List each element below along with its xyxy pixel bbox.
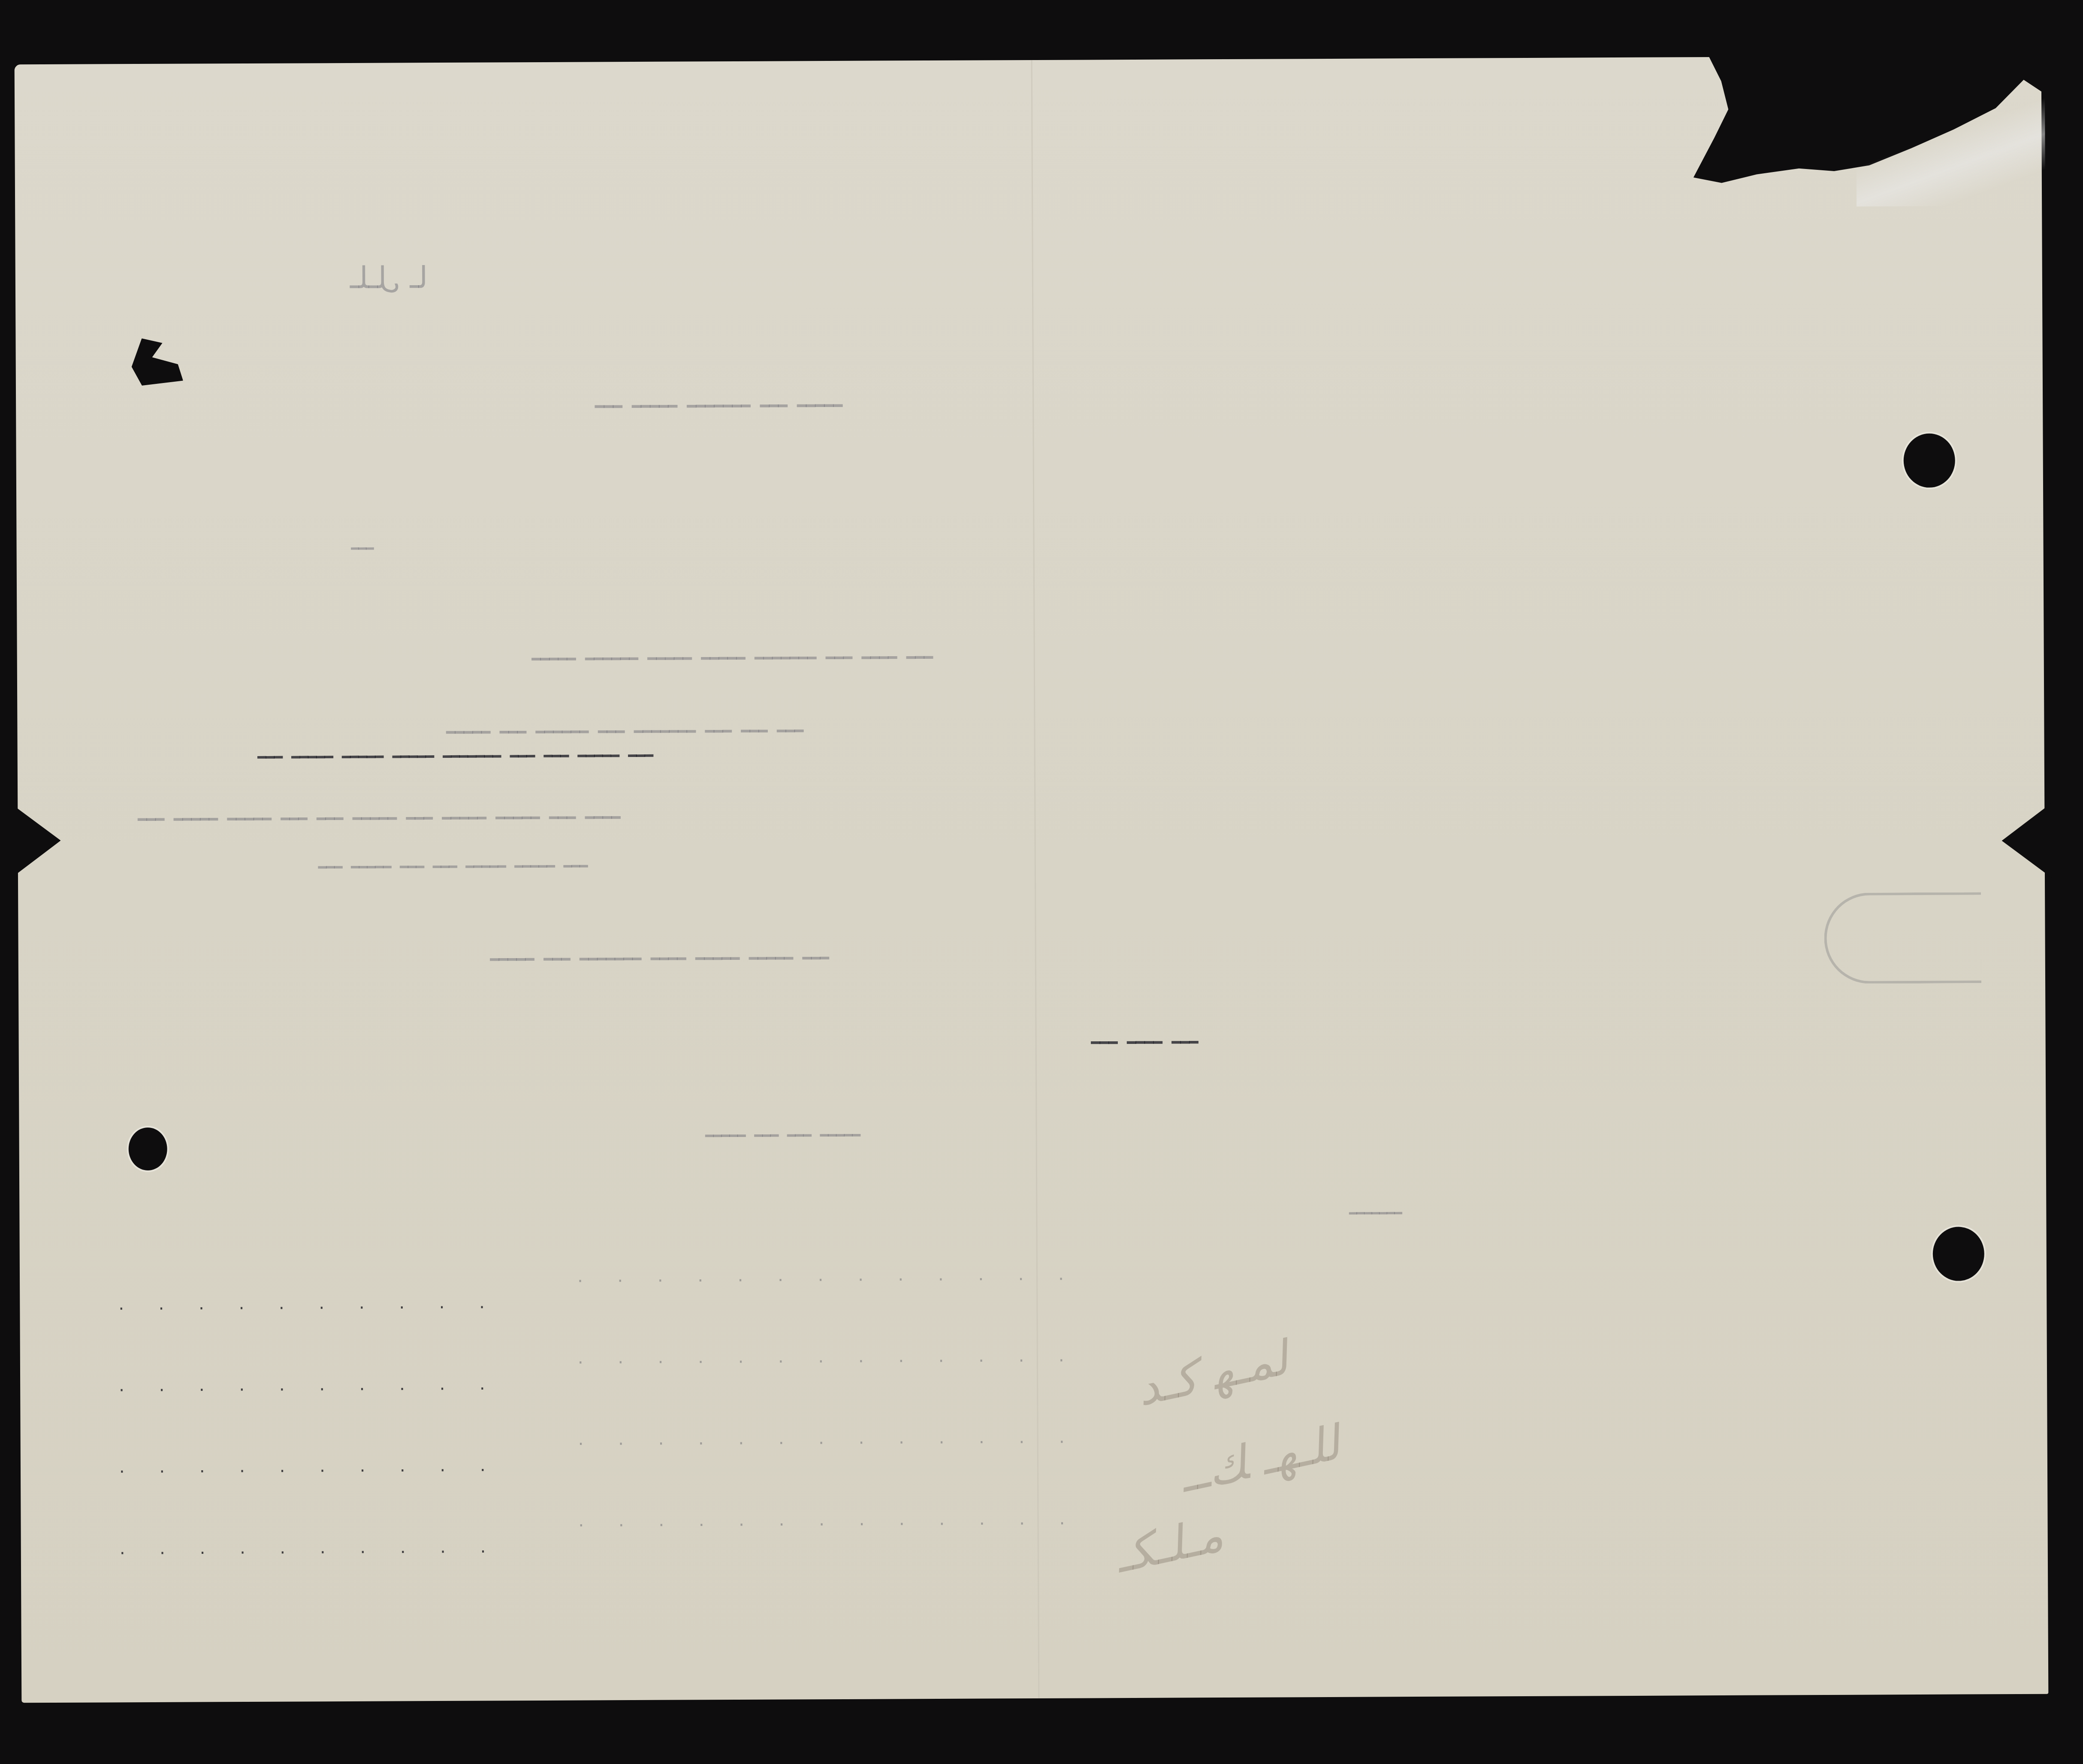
punch-hole-left	[129, 1128, 167, 1170]
edge-notch-left	[9, 802, 61, 880]
pencil-annotation-3: ﻣـﻠـﻜـ	[1110, 1507, 1228, 1583]
dotted-row-faint-1: · · · · · · · · · · · · ·	[577, 1269, 1078, 1291]
dotted-row-1: · · · · · · · · · ·	[118, 1297, 499, 1319]
fold-line	[1031, 60, 1040, 1698]
bleed-line-4: ـــ ـــــ ـــــ ـــ ـــ ـــــ ـــ ـــــ …	[138, 791, 620, 828]
edge-notch-right	[2001, 802, 2053, 880]
torn-corner-fibers	[1856, 94, 2045, 207]
bleed-line-1: ـــــ ــــــ ـــــ ـــــ ـــــــ ـــ ـــ…	[531, 631, 933, 668]
dotted-row-faint-3: · · · · · · · · · · · · ·	[578, 1432, 1079, 1454]
pencil-annotation-1: ﻟﻤـﻬ ﻛـﺪ	[1132, 1330, 1293, 1417]
bleed-line-5: ـــ ـــــ ـــ ـــ ـــــ ـــــ ـــ	[318, 843, 588, 876]
dotted-row-faint-2: · · · · · · · · · · · · ·	[578, 1351, 1079, 1373]
bleed-line-6: ـــــ ـــ ـــــــ ــــ ـــــ ـــــ ـــ	[490, 932, 829, 968]
bleed-line-salutation: ـــ	[351, 526, 374, 556]
paperclip-imprint	[1824, 892, 1981, 984]
punch-hole-bottom-right	[1933, 1227, 1985, 1281]
bleed-line-3: ـــ ـــــ ـــــ ـــــ ـــــــ ـــ ـــ ــ…	[257, 731, 653, 766]
document-page: ـلـل ـا ـــ ـــــ ـــــــ ـــ ـــــ ـــ …	[15, 56, 2049, 1703]
dotted-row-faint-4: · · · · · · · · · · · · ·	[578, 1514, 1079, 1536]
bleed-line-heading: ـلـل ـا	[350, 260, 428, 296]
bleed-line-closing: ـــــ ـــ ـــ ـــــ	[705, 1112, 860, 1144]
pencil-annotation-2: ﻟﻠـﻬـ ﻚــ	[1175, 1415, 1345, 1503]
bleed-line-title: ـــ ـــــ ـــــــ ـــ ـــــ	[595, 378, 842, 416]
bleed-line-7: ـــ ــــ ـــ	[1091, 1016, 1198, 1051]
punch-hole-top-right	[1903, 434, 1955, 488]
bleed-line-signature: ـــــــ	[1349, 1191, 1402, 1221]
dotted-row-3: · · · · · · · · · ·	[119, 1460, 500, 1482]
dotted-row-4: · · · · · · · · · ·	[120, 1542, 501, 1563]
punch-hole-torn-left	[131, 338, 183, 386]
dotted-row-2: · · · · · · · · · ·	[119, 1379, 500, 1400]
